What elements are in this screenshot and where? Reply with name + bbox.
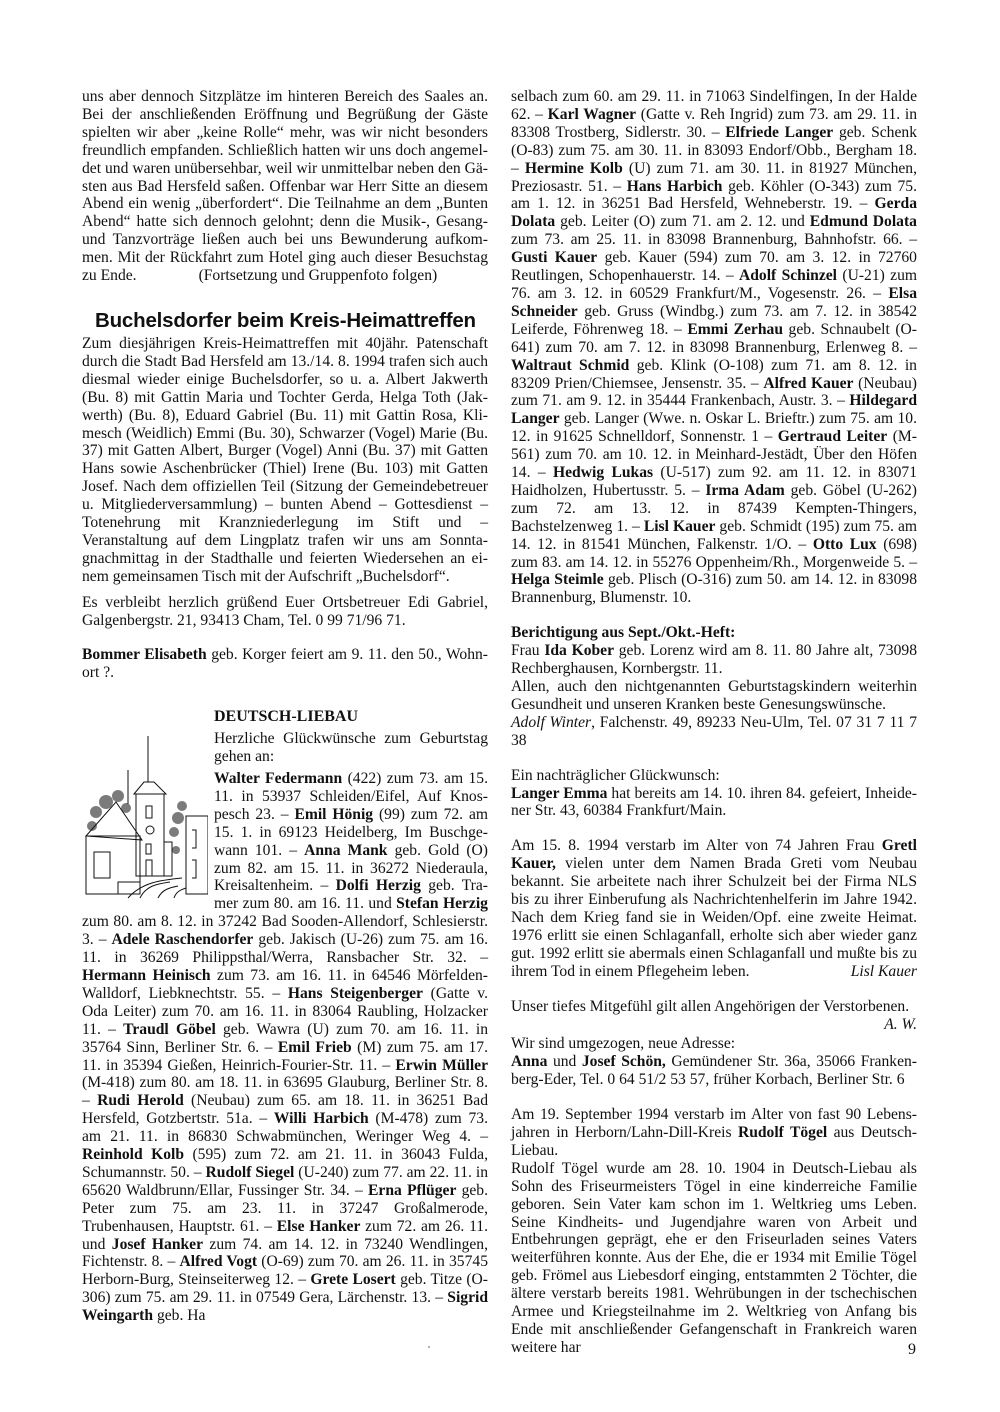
person-name: Gusti Kau­er: [511, 249, 597, 266]
obituary-body: Rudolf Tögel wurde am 28. 10. 1904 in De…: [511, 1160, 917, 1357]
person-name: Josef Hanker: [112, 1236, 203, 1253]
bommer-notice: Bommer Elisabeth geb. Korger feiert am 9…: [82, 646, 488, 682]
article-title: Buchelsdorfer beim Kreis-Heimattreffen: [95, 309, 488, 333]
person-name: Anna Mank: [304, 842, 387, 859]
birthday-entry: Helga Steimle geb. Plisch (O-316) zum 50…: [511, 571, 917, 606]
church-village-illustration: [82, 732, 208, 900]
person-name: Erwin Müller: [395, 1057, 488, 1074]
obituary-signature: Lisl Kauer: [851, 963, 917, 981]
correction-prefix: Frau: [511, 642, 544, 659]
person-name: Ida Kober: [544, 642, 614, 659]
author-line: Adolf Winter, Falchenstr. 49, 89233 Neu-…: [511, 714, 917, 750]
person-name: Dolfi Herzig: [336, 877, 421, 894]
entry-details: zum 73. am 25. 11. in 83098 Brannenburg,…: [511, 231, 917, 248]
article-body: Zum diesjährigen Kreis-Heimattreffen mit…: [82, 335, 488, 586]
person-name: Erna Pflüger: [368, 1182, 456, 1199]
person-name: Edmund Dolata: [810, 213, 917, 230]
continuation-note: (Fortsetzung und Gruppenfoto folgen): [199, 267, 438, 284]
person-name: Walter Federmann: [214, 770, 342, 787]
person-name: Rudi Herold: [97, 1092, 184, 1109]
obituary-toegel: Am 19. September 1994 verstarb im Alter …: [511, 1106, 917, 1357]
deutsch-liebau-section: Herzliche Glückwünsche zum Geburtstag ge…: [82, 730, 488, 1325]
person-name: Elfriede Langer: [725, 124, 833, 141]
moved-intro: Wir sind umgezogen, neue Adresse:: [511, 1035, 917, 1053]
person-name: Helga Steimle: [511, 571, 604, 588]
person-name: Rudolf Siegel: [206, 1164, 295, 1181]
condolence-block: Unser tiefes Mitgefühl gilt allen Angehö…: [511, 998, 917, 1034]
condolence-text: Unser tiefes Mitgefühl gilt allen Angehö…: [511, 998, 917, 1016]
person-name: Reinhold Kolb: [82, 1146, 184, 1163]
print-speck: [428, 1346, 430, 1348]
person-name: Anna: [511, 1053, 547, 1070]
bommer-name: Bommer Elisabeth: [82, 646, 207, 663]
joiner: und: [547, 1053, 581, 1070]
church-icon: [82, 732, 208, 900]
person-name: Emmi Zerhau: [687, 321, 783, 338]
person-name: Hermann Heinisch: [82, 967, 211, 984]
intro-paragraph: uns aber dennoch Sitzplätze im hinteren …: [82, 88, 488, 285]
person-name: Traudl Göbel: [123, 1021, 216, 1038]
moved-text: Anna und Josef Schön, Gemündener Str. 36…: [511, 1053, 917, 1089]
left-column: uns aber dennoch Sitzplätze im hinteren …: [82, 88, 488, 1325]
obituary-lead: Am 15. 8. 1994 verstarb im Alter von 74 …: [511, 837, 882, 854]
late-wish-intro: Ein nachträglicher Glückwunsch:: [511, 767, 917, 785]
document-page: uns aber dennoch Sitzplätze im hinteren …: [0, 0, 1000, 1412]
person-name: Alfred Kauer: [763, 375, 853, 392]
section-title-deutsch-liebau: DEUTSCH-LIEBAU: [214, 708, 488, 726]
person-name: Grete Losert: [310, 1271, 395, 1288]
person-name: Adele Raschendorfer: [112, 931, 254, 948]
entry-details: geb. Leiter (O) zum 71. am 2. 12. und: [555, 213, 810, 230]
person-name: Hans Harbich: [627, 178, 723, 195]
obituary-intro: Am 19. September 1994 verstarb im Alter …: [511, 1106, 917, 1160]
correction-text: Frau Ida Kober geb. Lorenz wird am 8. 11…: [511, 642, 917, 678]
birthday-list-right: selbach zum 60. am 29. 11. in 71063 Sind…: [511, 88, 917, 607]
person-name: Adolf Schinzel: [739, 267, 837, 284]
person-name: Josef Schön,: [582, 1053, 666, 1070]
sign-off: Es verbleibt herzlich grüßend Euer Ortsb…: [82, 594, 488, 630]
moved-block: Wir sind umgezogen, neue Adresse: Anna u…: [511, 1035, 917, 1089]
person-name: Hermine Kolb: [525, 160, 623, 177]
person-name: Lisl Kauer: [644, 518, 716, 535]
entry-details: geb. Ha­: [153, 1307, 205, 1324]
person-name: Hans Steigenberger: [288, 985, 423, 1002]
late-wish-block: Ein nachträglicher Glückwunsch: Langer E…: [511, 767, 917, 821]
person-name: Waltraut Schmid: [511, 357, 629, 374]
wishes: Allen, auch den nichtgenannten Geburtsta…: [511, 678, 917, 714]
person-name: Rudolf Tögel: [738, 1124, 827, 1141]
birthday-entry: Adele Raschendorfer geb. Jakisch (U-26) …: [82, 931, 488, 966]
condolence-signature: A. W.: [884, 1016, 917, 1033]
correction-block: Berichtigung aus Sept./Okt.-Heft: Frau I…: [511, 624, 917, 749]
obituary-text: Am 15. 8. 1994 verstarb im Alter von 74 …: [511, 837, 917, 980]
right-column: selbach zum 60. am 29. 11. in 71063 Sind…: [511, 88, 917, 1357]
person-name: Emil Frieb: [278, 1039, 352, 1056]
person-name: Else Hanker: [277, 1218, 361, 1235]
person-name: Langer Emma: [511, 785, 607, 802]
late-wish-text: Langer Emma hat bereits am 14. 10. ihren…: [511, 785, 917, 821]
obituary-body: vielen unter dem Namen Brada Greti vom N…: [511, 855, 917, 979]
person-name: Gertraud Leiter: [778, 428, 887, 445]
person-name: Hedwig Lukas: [553, 464, 653, 481]
person-name: Willi Harbich: [274, 1110, 369, 1127]
obituary-kauer: Am 15. 8. 1994 verstarb im Alter von 74 …: [511, 837, 917, 980]
person-name: Karl Wagner: [548, 106, 636, 123]
author-name: Adolf Winter: [511, 714, 591, 731]
person-name: Emil Hönig: [294, 806, 373, 823]
person-name: Stefan Her­zig: [396, 895, 488, 912]
intro-text: uns aber dennoch Sitzplätze im hinteren …: [82, 88, 488, 284]
person-name: Irma Adam: [705, 482, 784, 499]
correction-heading: Berichtigung aus Sept./Okt.-Heft:: [511, 624, 735, 641]
page-number: 9: [908, 1341, 916, 1359]
person-name: Alfred Vogt: [180, 1253, 258, 1270]
person-name: Otto Lux: [813, 536, 877, 553]
